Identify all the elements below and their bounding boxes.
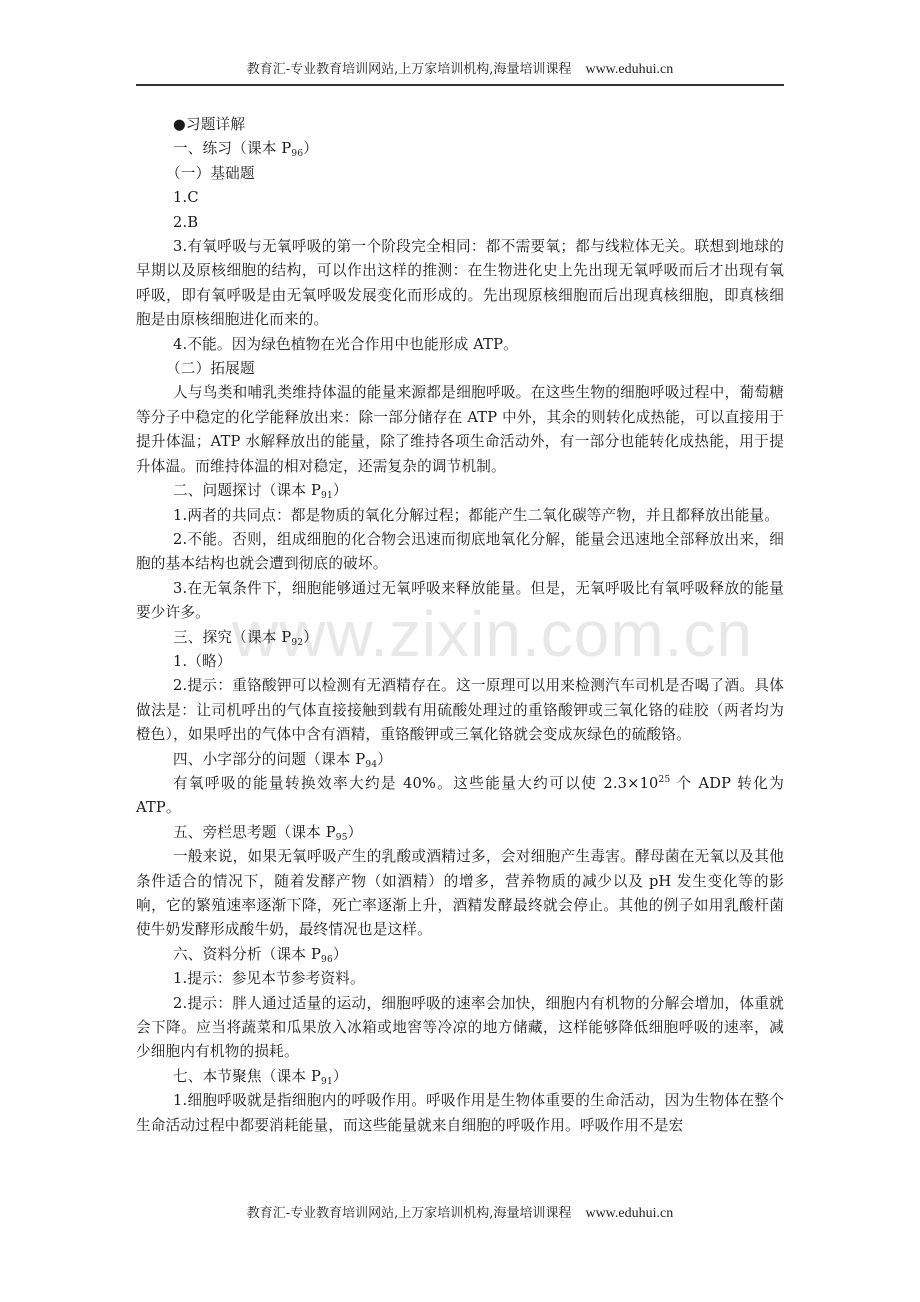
page-number: 94 bbox=[365, 760, 377, 770]
answer-4: 4.不能。因为绿色植物在光合作用中也能形成 ATP。 bbox=[136, 333, 784, 357]
page-number: 91 bbox=[321, 491, 333, 501]
page-number: 95 bbox=[336, 833, 348, 843]
inquiry-2: 2.提示：重铬酸钾可以检测有无酒精存在。这一原理可以用来检测汽车司机是否喝了酒。… bbox=[136, 674, 784, 747]
page-number: 96 bbox=[321, 955, 333, 965]
extension-text: 人与鸟类和哺乳类维持体温的能量来源都是细胞呼吸。在这些生物的细胞呼吸过程中，葡萄… bbox=[136, 381, 784, 479]
page-header: 教育汇-专业教育培训网站,上万家培训机构,海量培训课程www.eduhui.cn bbox=[136, 60, 784, 80]
heading-label: 五、旁栏思考题（课本 P bbox=[173, 824, 336, 841]
heading-label: 四、小字部分的问题（课本 P bbox=[173, 751, 365, 768]
page-number: 91 bbox=[321, 1077, 333, 1087]
answer-1: 1.C bbox=[136, 186, 784, 210]
section-title: ●习题详解 bbox=[136, 113, 784, 137]
heading-close: ） bbox=[333, 482, 348, 499]
subsection-basic: （一）基础题 bbox=[136, 162, 784, 186]
answer-2: 2.B bbox=[136, 211, 784, 235]
heading-label: 一、练习（课本 P bbox=[173, 140, 291, 157]
small-print-answer: 有氧呼吸的能量转换效率大约是 40%。这些能量大约可以使 2.3×1025 个 … bbox=[136, 772, 784, 821]
heading-close: ） bbox=[333, 1068, 348, 1085]
heading-close: ） bbox=[348, 824, 363, 841]
page-number: 96 bbox=[291, 149, 303, 159]
text-before: 有氧呼吸的能量转换效率大约是 40%。这些能量大约可以使 2.3×10 bbox=[173, 775, 659, 792]
inquiry-1: 1.（略） bbox=[136, 650, 784, 674]
sidebar-question-answer: 一般来说，如果无氧呼吸产生的乳酸或酒精过多，会对细胞产生毒害。酵母菌在无氧以及其… bbox=[136, 845, 784, 943]
answer-3: 3.有氧呼吸与无氧呼吸的第一个阶段完全相同：都不需要氧；都与线粒体无关。联想到地… bbox=[136, 235, 784, 333]
footer-text: 教育汇-专业教育培训网站,上万家培训机构,海量培训课程 bbox=[247, 1206, 572, 1221]
section-heading-5: 五、旁栏思考题（课本 P95） bbox=[136, 821, 784, 845]
section-heading-3: 三、探究（课本 P92） bbox=[136, 626, 784, 650]
subsection-extension: （二）拓展题 bbox=[136, 357, 784, 381]
exponent: 25 bbox=[659, 775, 671, 785]
analysis-1: 1.提示：参见本节参考资料。 bbox=[136, 967, 784, 991]
page-footer: 教育汇-专业教育培训网站,上万家培训机构,海量培训课程www.eduhui.cn bbox=[136, 1204, 784, 1224]
heading-label: 六、资料分析（课本 P bbox=[173, 946, 321, 963]
footer-url: www.eduhui.cn bbox=[585, 1206, 673, 1221]
section-heading-1: 一、练习（课本 P96） bbox=[136, 137, 784, 161]
heading-label: 二、问题探讨（课本 P bbox=[173, 482, 321, 499]
section-heading-6: 六、资料分析（课本 P96） bbox=[136, 943, 784, 967]
heading-label: 三、探究（课本 P bbox=[173, 629, 291, 646]
section-heading-7: 七、本节聚焦（课本 P91） bbox=[136, 1065, 784, 1089]
heading-label: 七、本节聚焦（课本 P bbox=[173, 1068, 321, 1085]
header-divider bbox=[136, 84, 784, 86]
focus-1: 1.细胞呼吸就是指细胞内的呼吸作用。呼吸作用是生物体重要的生命活动，因为生物体在… bbox=[136, 1089, 784, 1138]
heading-close: ） bbox=[333, 946, 348, 963]
document-body: ●习题详解 一、练习（课本 P96） （一）基础题 1.C 2.B 3.有氧呼吸… bbox=[136, 113, 784, 1138]
header-text: 教育汇-专业教育培训网站,上万家培训机构,海量培训课程 bbox=[247, 62, 572, 77]
page-number: 92 bbox=[291, 638, 303, 648]
header-url: www.eduhui.cn bbox=[585, 62, 673, 77]
discussion-2: 2.不能。否则，组成细胞的化合物会迅速而彻底地氧化分解，能量会迅速地全部释放出来… bbox=[136, 528, 784, 577]
discussion-3: 3.在无氧条件下，细胞能够通过无氧呼吸来释放能量。但是，无氧呼吸比有氧呼吸释放的… bbox=[136, 577, 784, 626]
heading-close: ） bbox=[377, 751, 392, 768]
section-heading-4: 四、小字部分的问题（课本 P94） bbox=[136, 748, 784, 772]
discussion-1: 1.两者的共同点：都是物质的氧化分解过程；都能产生二氧化碳等产物，并且都释放出能… bbox=[136, 504, 784, 528]
heading-close: ） bbox=[303, 140, 318, 157]
analysis-2: 2.提示：胖人通过适量的运动，细胞呼吸的速率会加快，细胞内有机物的分解会增加，体… bbox=[136, 992, 784, 1065]
section-heading-2: 二、问题探讨（课本 P91） bbox=[136, 479, 784, 503]
heading-close: ） bbox=[303, 629, 318, 646]
